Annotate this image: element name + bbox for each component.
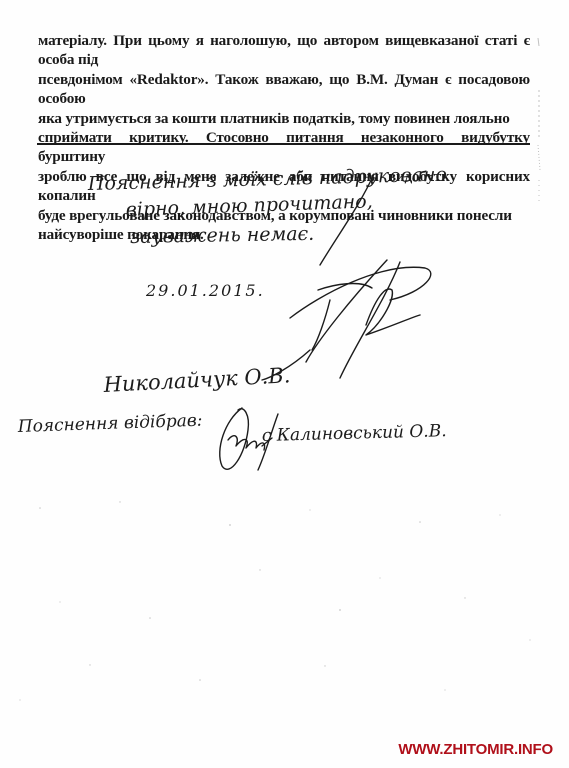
taken-by-name: с Калиновський О.В. [262, 421, 447, 446]
attestation-line-1: Пояснення з моїх слів надруковано [87, 164, 448, 195]
site-watermark: WWW.ZHITOMIR.INFO [398, 741, 553, 758]
signature-officer [220, 408, 278, 470]
document-page: матеріалу. При цьому я наголошую, що авт… [0, 0, 569, 768]
handwritten-date: 29.01.2015. [145, 281, 265, 300]
scan-noise [0, 480, 569, 720]
attestation-line-2: вірно, мною прочитано, [125, 190, 373, 221]
watermark-text: WWW.ZHITOMIR.INFO [398, 741, 553, 758]
attestation-line-3: зауважень немає. [130, 223, 315, 248]
taken-by-label: Пояснення відібрав: [16, 411, 202, 437]
